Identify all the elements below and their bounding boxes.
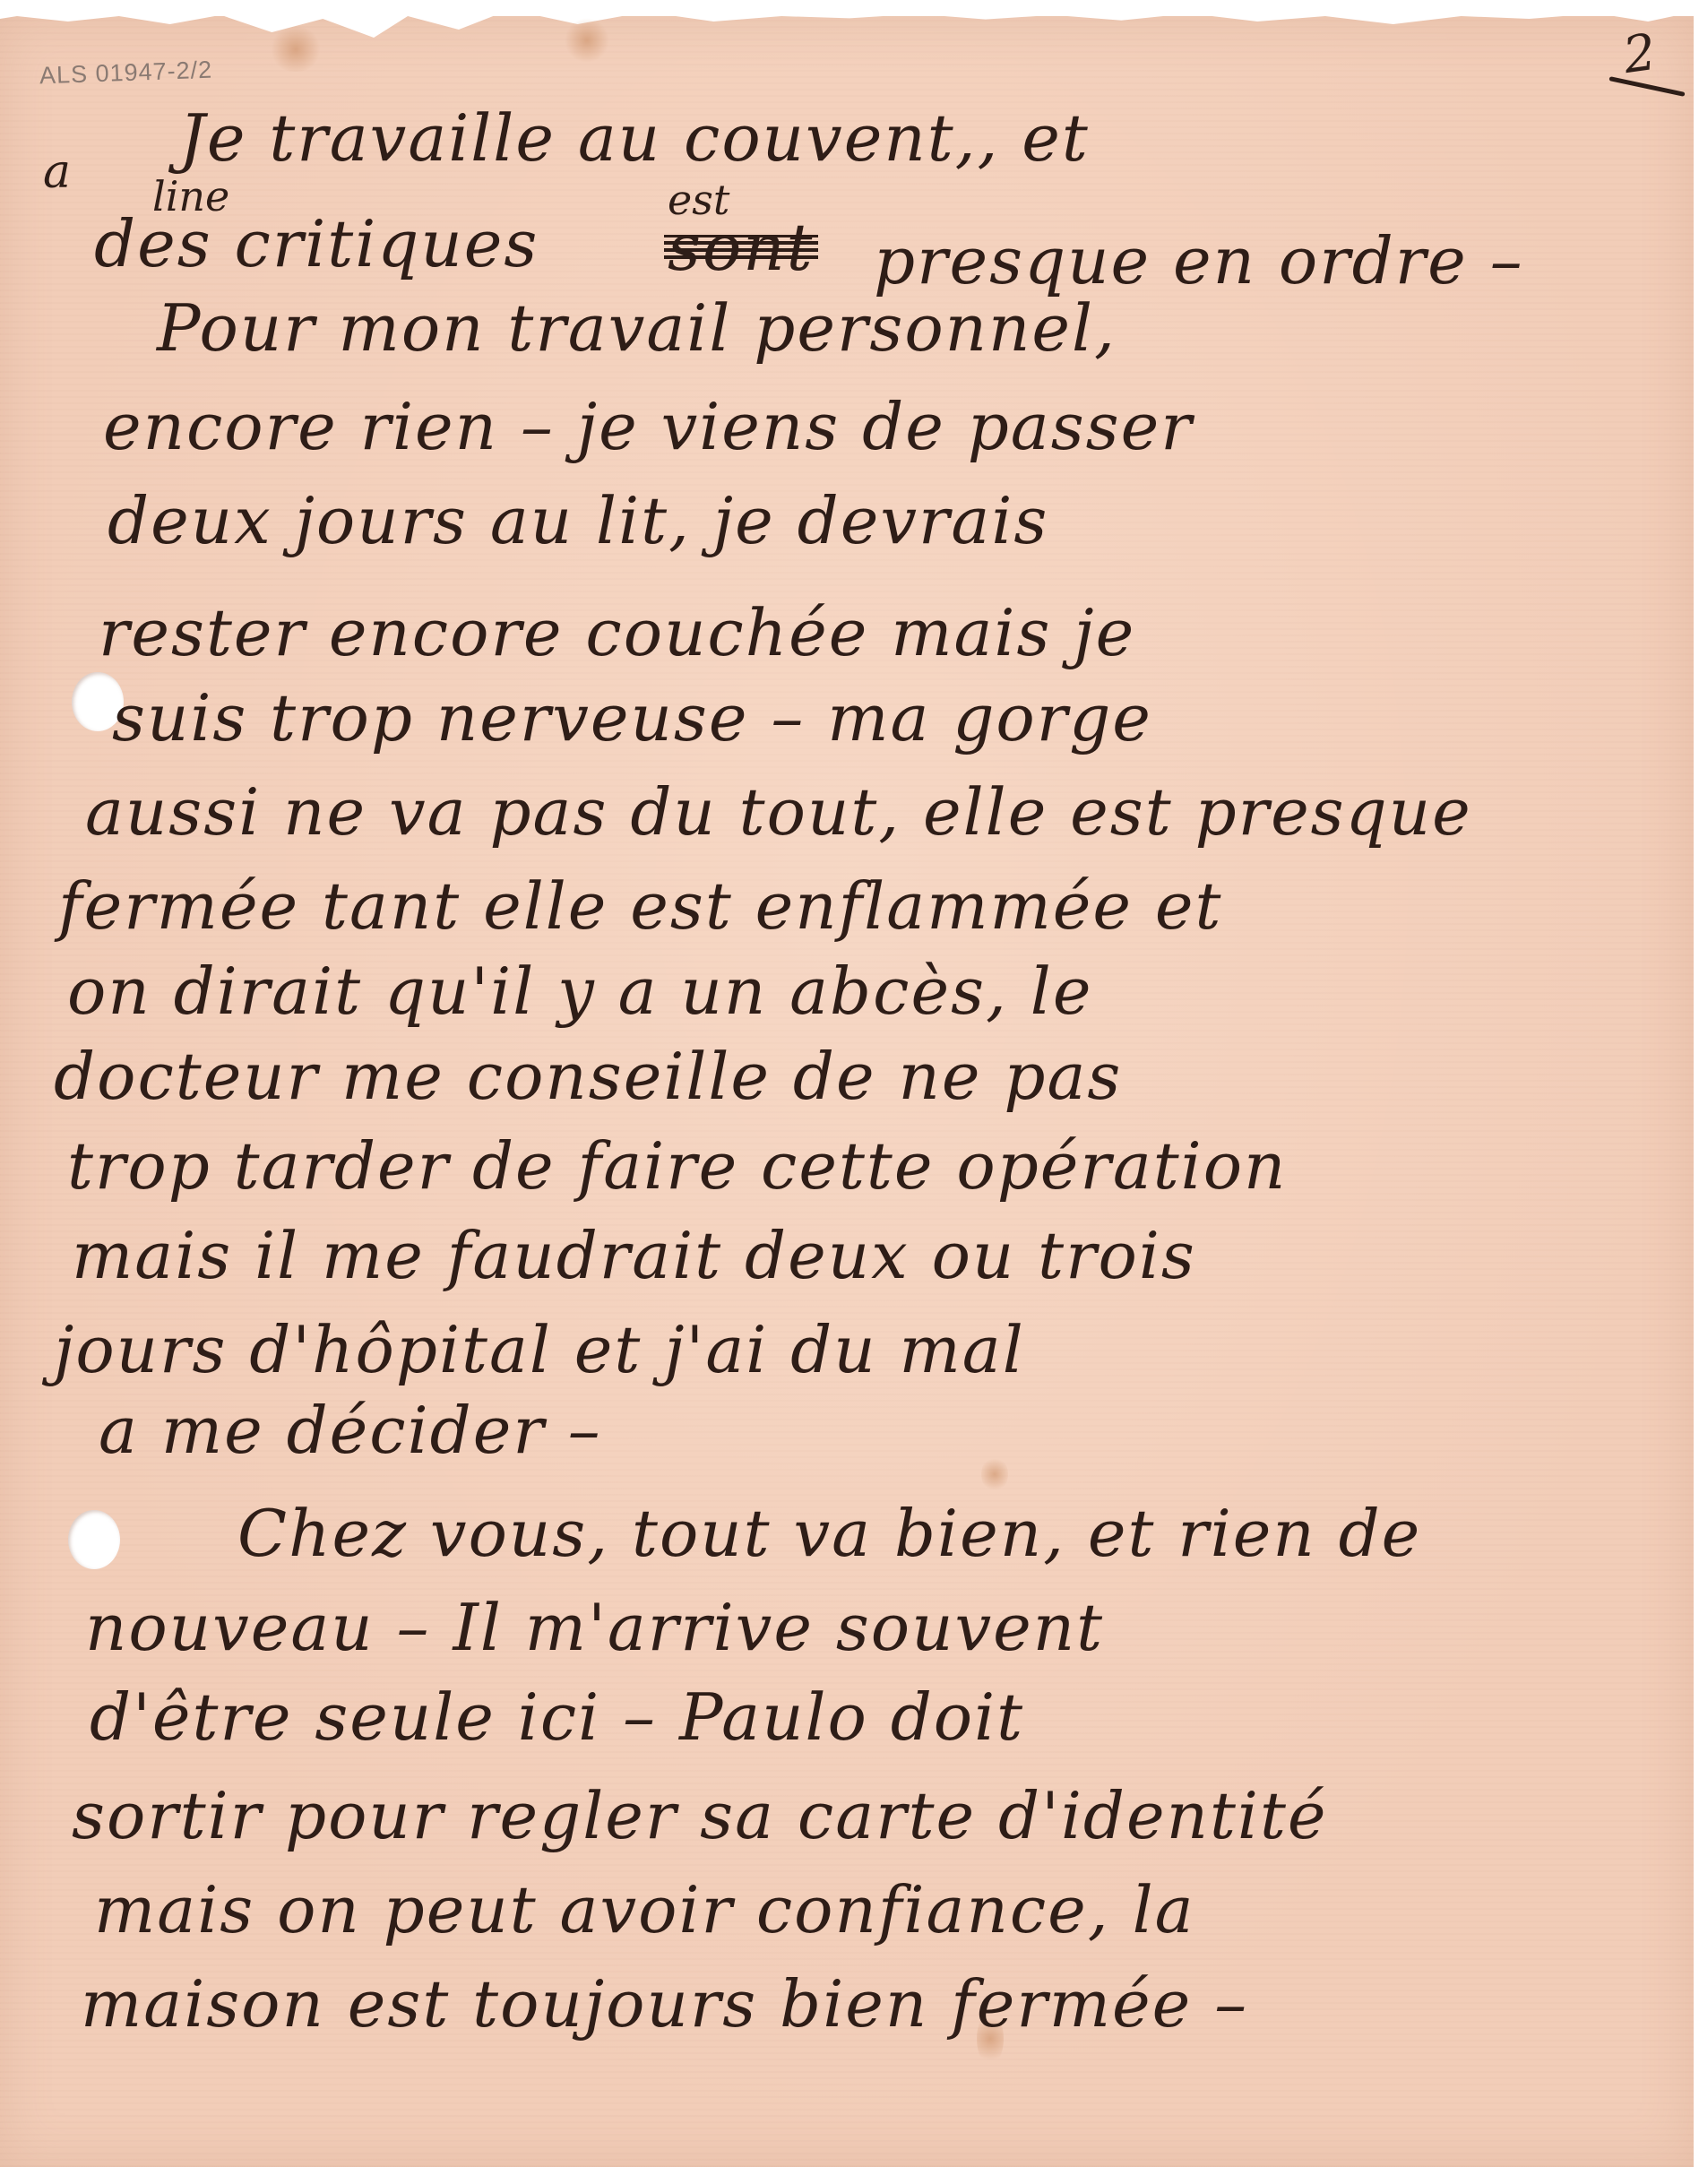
letter-line-2b: presque en ordre –: [874, 229, 1524, 293]
rust-stain: [981, 1456, 1008, 1492]
letter-line-3: Pour mon travail personnel,: [157, 296, 1117, 360]
letter-line-18: d'être seule ici – Paulo doit: [90, 1685, 1024, 1749]
letter-line-5: deux jours au lit, je devrais: [108, 488, 1048, 553]
letter-line-10: on dirait qu'il y a un abcès, le: [67, 959, 1092, 1023]
punch-hole-lower: [68, 1510, 120, 1569]
struck-word: sont: [668, 215, 815, 280]
letter-line-2: des critiques: [94, 211, 539, 276]
margin-mark: a: [43, 145, 71, 199]
letter-line-9: fermée tant elle est enflammée et: [58, 874, 1222, 938]
letter-line-21: maison est toujours bien fermée –: [81, 1972, 1248, 2036]
struck-out-word: sont: [668, 215, 815, 280]
letter-line-1: Je travaille au couvent,, et: [179, 106, 1090, 170]
letter-line-16: Chez vous, tout va bien, et rien de: [237, 1501, 1421, 1566]
letter-line-19: sortir pour regler sa carte d'identité: [72, 1783, 1328, 1848]
rust-stain: [565, 18, 609, 63]
letter-line-13: mais il me faudrait deux ou trois: [72, 1223, 1196, 1288]
letter-line-14: jours d'hôpital et j'ai du mal: [54, 1317, 1025, 1382]
letter-line-8: aussi ne va pas du tout, elle est presqu…: [85, 780, 1472, 844]
letter-line-6: rester encore couchée mais je: [99, 600, 1135, 665]
rust-stain: [269, 27, 323, 72]
letter-line-4: encore rien – je viens de passer: [103, 394, 1194, 459]
letter-line-15: a me décider –: [99, 1398, 602, 1463]
letter-line-11: docteur me conseille de ne pas: [54, 1044, 1122, 1109]
letter-line-20: mais on peut avoir confiance, la: [94, 1878, 1195, 1942]
letter-line-17: nouveau – Il m'arrive souvent: [85, 1595, 1104, 1660]
letter-line-7: suis trop nerveuse – ma gorge: [112, 686, 1152, 750]
letter-line-12: trop tarder de faire cette opération: [67, 1134, 1287, 1198]
